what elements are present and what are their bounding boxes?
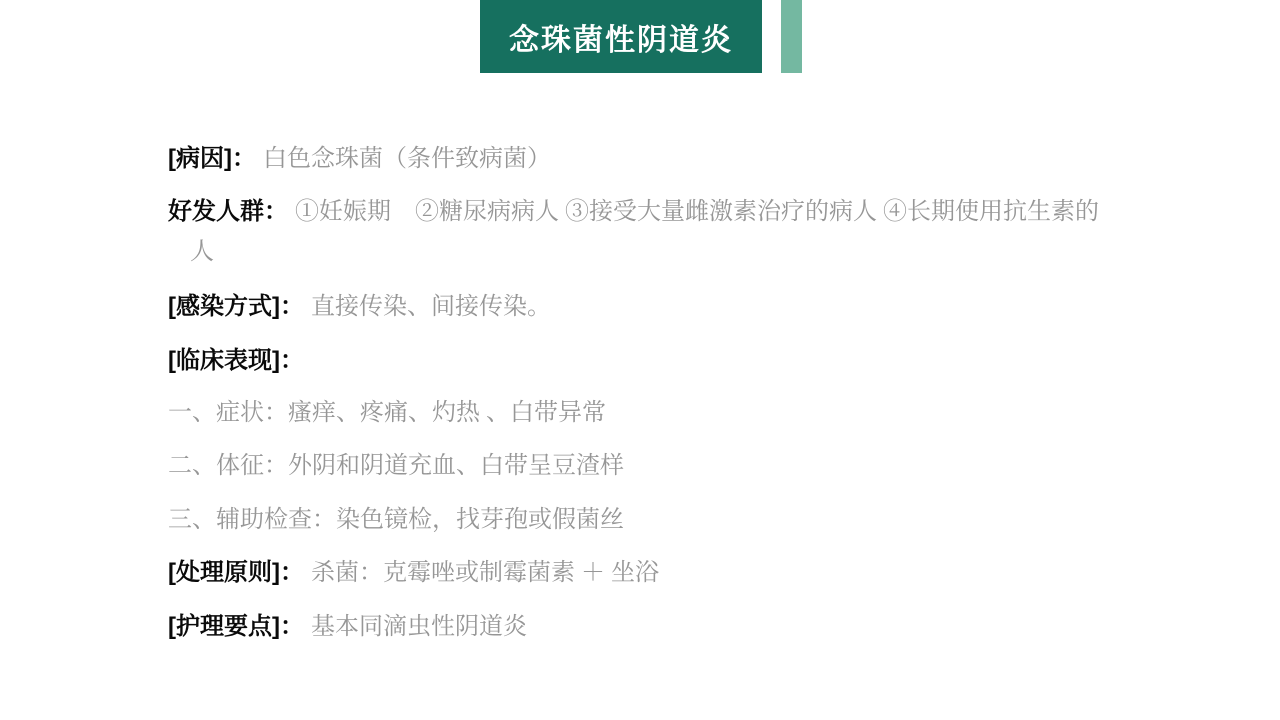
line-text: 三、辅助检查：染色镜检，找芽孢或假菌丝	[168, 507, 624, 533]
line-infection-mode: [感染方式]：直接传染、间接传染。	[168, 291, 1083, 323]
slide: 念珠菌性阴道炎 [病因]：白色念珠菌（条件致病菌） 好发人群：①妊娠期 ②糖尿病…	[0, 0, 1280, 720]
line-label: [临床表现]：	[168, 347, 304, 374]
accent-bar	[781, 0, 802, 73]
line-label: [病因]：	[168, 145, 256, 172]
line-clinical-manifestation-heading: [临床表现]：	[168, 345, 1083, 377]
page-title: 念珠菌性阴道炎	[509, 15, 733, 59]
line-text: 直接传染、间接传染。	[311, 294, 551, 320]
title-banner: 念珠菌性阴道炎	[480, 0, 762, 73]
line-text: ①妊娠期 ②糖尿病病人 ③接受大量雌激素治疗的病人 ④长期使用抗生素的人	[190, 199, 1099, 265]
line-label: [护理要点]：	[168, 613, 304, 640]
line-nursing-points: [护理要点]：基本同滴虫性阴道炎	[168, 611, 1083, 643]
line-label: [处理原则]：	[168, 559, 304, 586]
line-auxiliary-exam: 三、辅助检查：染色镜检，找芽孢或假菌丝	[168, 504, 1083, 536]
line-text: 白色念珠菌（条件致病菌）	[263, 146, 551, 172]
line-susceptible-groups: 好发人群：①妊娠期 ②糖尿病病人 ③接受大量雌激素治疗的病人 ④长期使用抗生素的…	[168, 192, 1105, 272]
line-text: 基本同滴虫性阴道炎	[311, 614, 527, 640]
line-text: 二、体征：外阴和阴道充血、白带呈豆渣样	[168, 453, 624, 479]
line-symptoms: 一、症状：瘙痒、疼痛、灼热 、白带异常	[168, 397, 1083, 429]
line-text: 一、症状：瘙痒、疼痛、灼热 、白带异常	[168, 400, 606, 426]
line-signs: 二、体征：外阴和阴道充血、白带呈豆渣样	[168, 450, 1083, 482]
line-text: 杀菌：克霉唑或制霉菌素 ＋ 坐浴	[311, 560, 659, 586]
line-treatment-principle: [处理原则]：杀菌：克霉唑或制霉菌素 ＋ 坐浴	[168, 557, 1083, 589]
line-cause: [病因]：白色念珠菌（条件致病菌）	[168, 143, 1083, 175]
line-label: 好发人群：	[168, 198, 288, 225]
line-label: [感染方式]：	[168, 293, 304, 320]
